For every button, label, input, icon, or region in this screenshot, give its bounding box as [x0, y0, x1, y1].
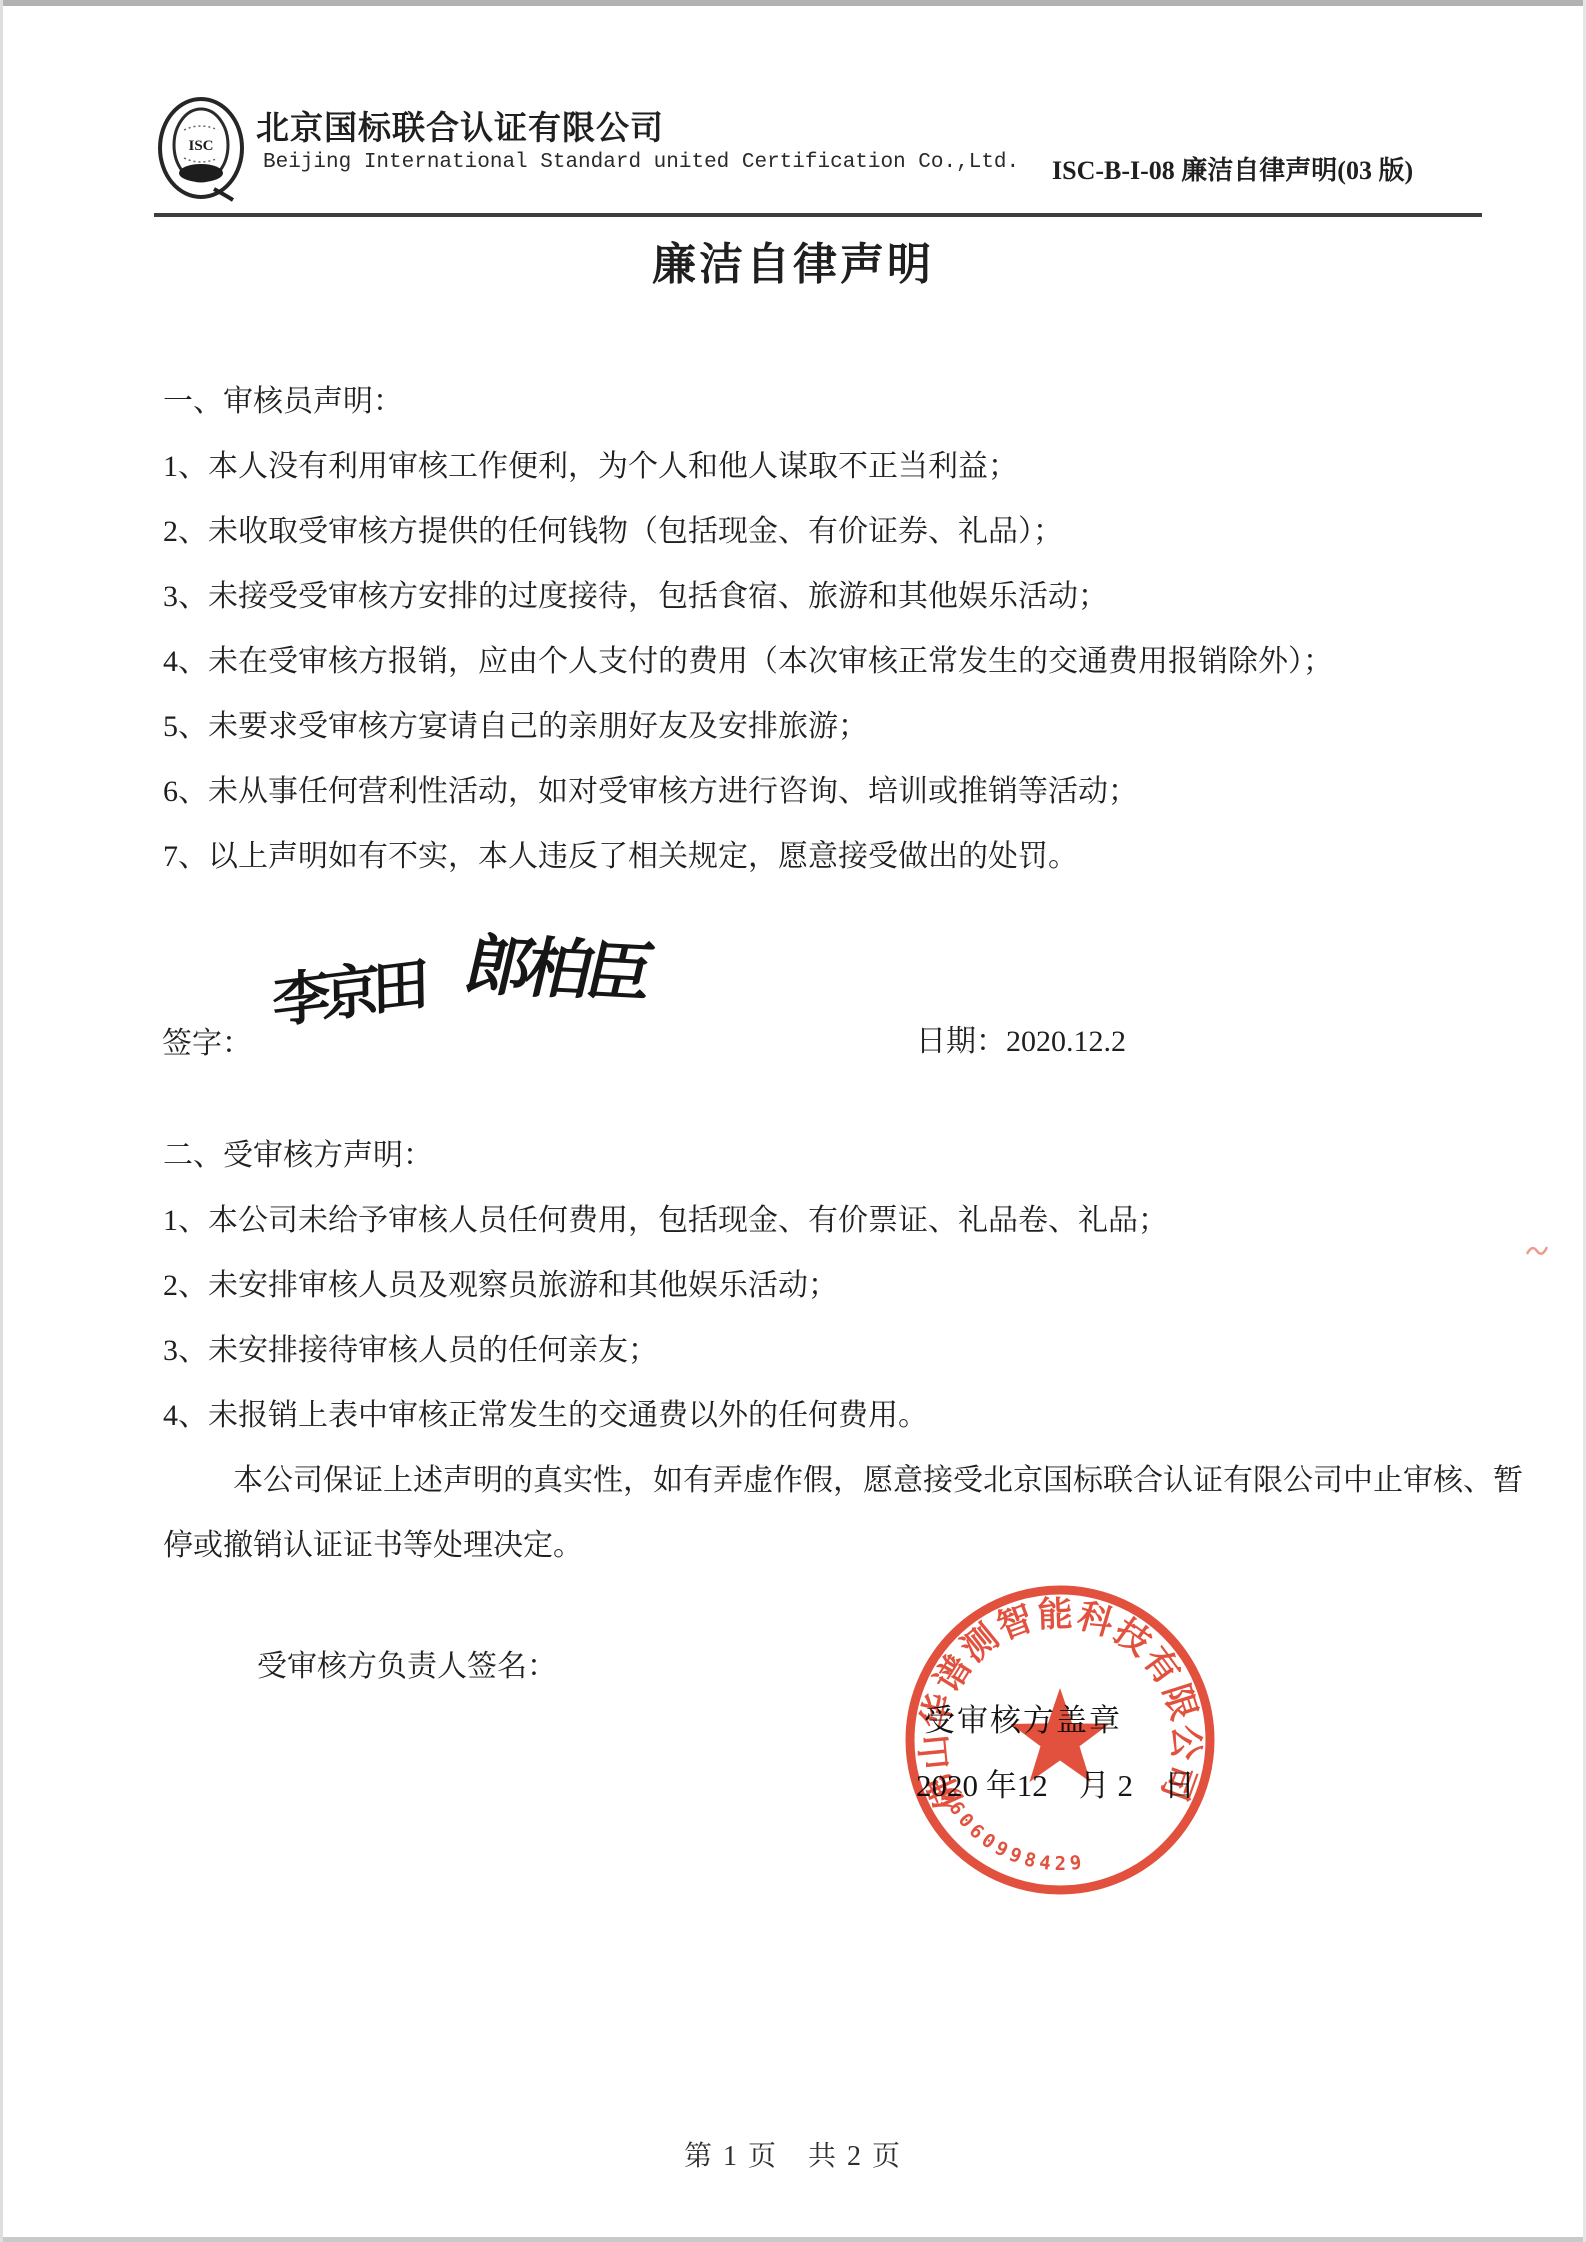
auditor-heading: 一、审核员声明： — [163, 386, 1523, 418]
auditee-section: 二、受审核方声明： 1、本公司未给予审核人员任何费用，包括现金、有价票证、礼品卷… — [163, 1140, 1523, 1595]
auditee-heading: 二、受审核方声明： — [163, 1140, 1523, 1172]
red-scan-mark-icon — [1526, 1242, 1548, 1258]
auditor-section: 一、审核员声明： 1、本人没有利用审核工作便利，为个人和他人谋取不正当利益； 2… — [163, 386, 1523, 906]
company-name-en: Beijing International Standard united Ce… — [263, 151, 1019, 174]
auditor-item: 2、未收取受审核方提供的任何钱物（包括现金、有价证券、礼品）； — [163, 516, 1523, 548]
auditor-item: 5、未要求受审核方宴请自己的亲朋好友及安排旅游； — [163, 711, 1523, 743]
auditor-item: 1、本人没有利用审核工作便利，为个人和他人谋取不正当利益； — [163, 451, 1523, 483]
scan-edge-top — [0, 0, 1586, 6]
doc-code: ISC-B-I-08 廉洁自律声明(03 版) — [1052, 150, 1413, 187]
page-number: 第 1 页 共 2 页 — [0, 2134, 1586, 2174]
logo-text: ISC — [188, 138, 213, 154]
header-divider — [154, 213, 1482, 217]
company-seal: 佛山华谱测智能科技有限公司 06060998429 — [890, 1570, 1230, 1910]
auditor-item: 3、未接受受审核方安排的过度接待，包括食宿、旅游和其他娱乐活动； — [163, 581, 1523, 613]
scan-edge-left — [0, 0, 3, 2242]
auditee-item: 3、未安排接待审核人员的任何亲友； — [163, 1335, 1523, 1367]
page-title: 廉洁自律声明 — [0, 228, 1586, 292]
auditor-item: 4、未在受审核方报销，应由个人支付的费用（本次审核正常发生的交通费用报销除外）； — [163, 646, 1523, 678]
handwritten-signature-2: 郎柏臣 — [457, 912, 658, 1015]
pledge-line: 本公司保证上述声明的真实性，如有弄虚作假，愿意接受北京国标联合认证有限公司中止审… — [163, 1465, 1523, 1497]
scan-edge-bottom — [0, 2237, 1586, 2242]
signature-date: 日期：2020.12.2 — [916, 1016, 1126, 1060]
isc-logo-icon: ISC — [156, 96, 246, 202]
auditee-item: 2、未安排审核人员及观察员旅游和其他娱乐活动； — [163, 1270, 1523, 1302]
auditor-item: 7、以上声明如有不实，本人违反了相关规定，愿意接受做出的处罚。 — [163, 841, 1523, 873]
auditee-item: 1、本公司未给予审核人员任何费用，包括现金、有价票证、礼品卷、礼品； — [163, 1205, 1523, 1237]
document-page: ISC 北京国标联合认证有限公司 Beijing International S… — [0, 0, 1586, 2242]
pledge-line: 停或撤销认证证书等处理决定。 — [163, 1530, 1523, 1562]
signature-label: 签字： — [162, 1018, 252, 1062]
auditee-seal-caption: 受审核方盖章 — [924, 1695, 1122, 1740]
auditor-item: 6、未从事任何营利性活动，如对受审核方进行咨询、培训或推销等活动； — [163, 776, 1523, 808]
auditee-signer-label: 受审核方负责人签名： — [257, 1641, 557, 1685]
auditee-item: 4、未报销上表中审核正常发生的交通费以外的任何费用。 — [163, 1400, 1523, 1432]
handwritten-signature-1: 李京田 — [272, 937, 422, 1040]
auditee-seal-date: 2020 年12 月 2 日 — [916, 1760, 1195, 1805]
company-name-cn: 北京国标联合认证有限公司 — [256, 102, 664, 149]
